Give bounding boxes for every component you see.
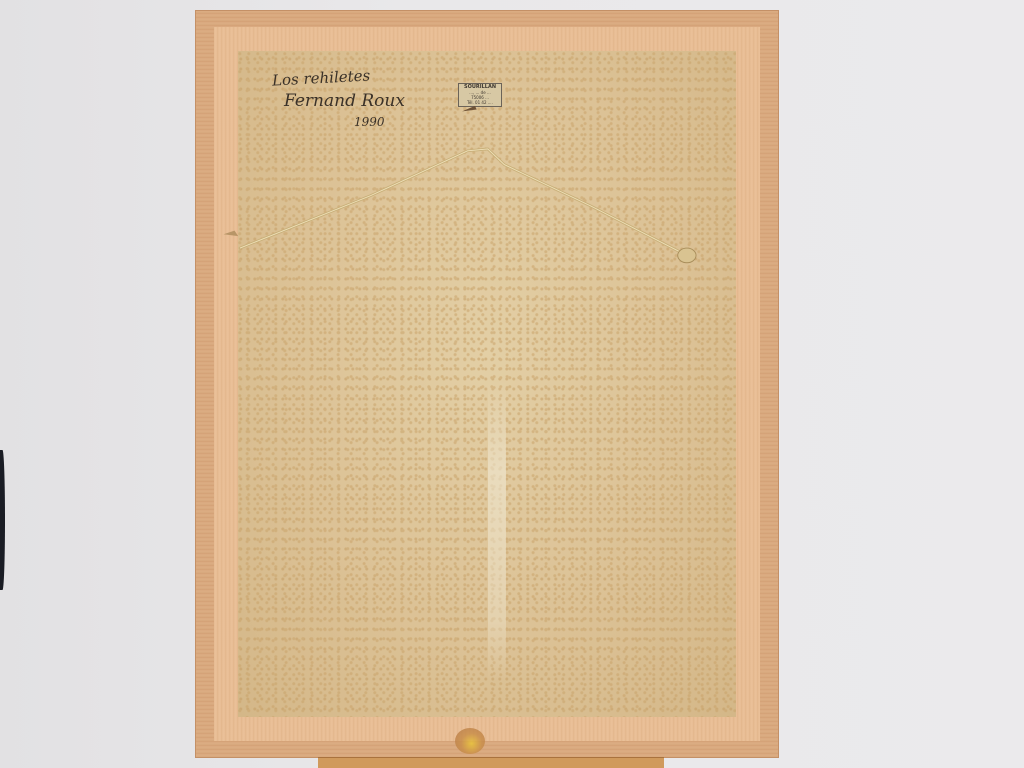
easel-clamp-knob bbox=[455, 728, 485, 754]
artwork-year: 1990 bbox=[354, 115, 385, 129]
water-streak bbox=[488, 381, 506, 681]
backing-board: Los rehiletes Fernand Roux 1990 SOURILLA… bbox=[238, 51, 736, 717]
framer-line-3: Tél. 01 42 .... bbox=[459, 100, 501, 105]
foxing-texture bbox=[238, 51, 736, 717]
artist-signature: Fernand Roux bbox=[284, 91, 405, 111]
dark-object-edge bbox=[0, 450, 5, 590]
framer-label: SOURILLAN ..., ... de ... 75006 ... Tél.… bbox=[458, 83, 502, 107]
frame-rebate: Los rehiletes Fernand Roux 1990 SOURILLA… bbox=[214, 27, 760, 741]
easel-ledge bbox=[318, 757, 664, 768]
picture-frame-back: Los rehiletes Fernand Roux 1990 SOURILLA… bbox=[196, 11, 778, 757]
